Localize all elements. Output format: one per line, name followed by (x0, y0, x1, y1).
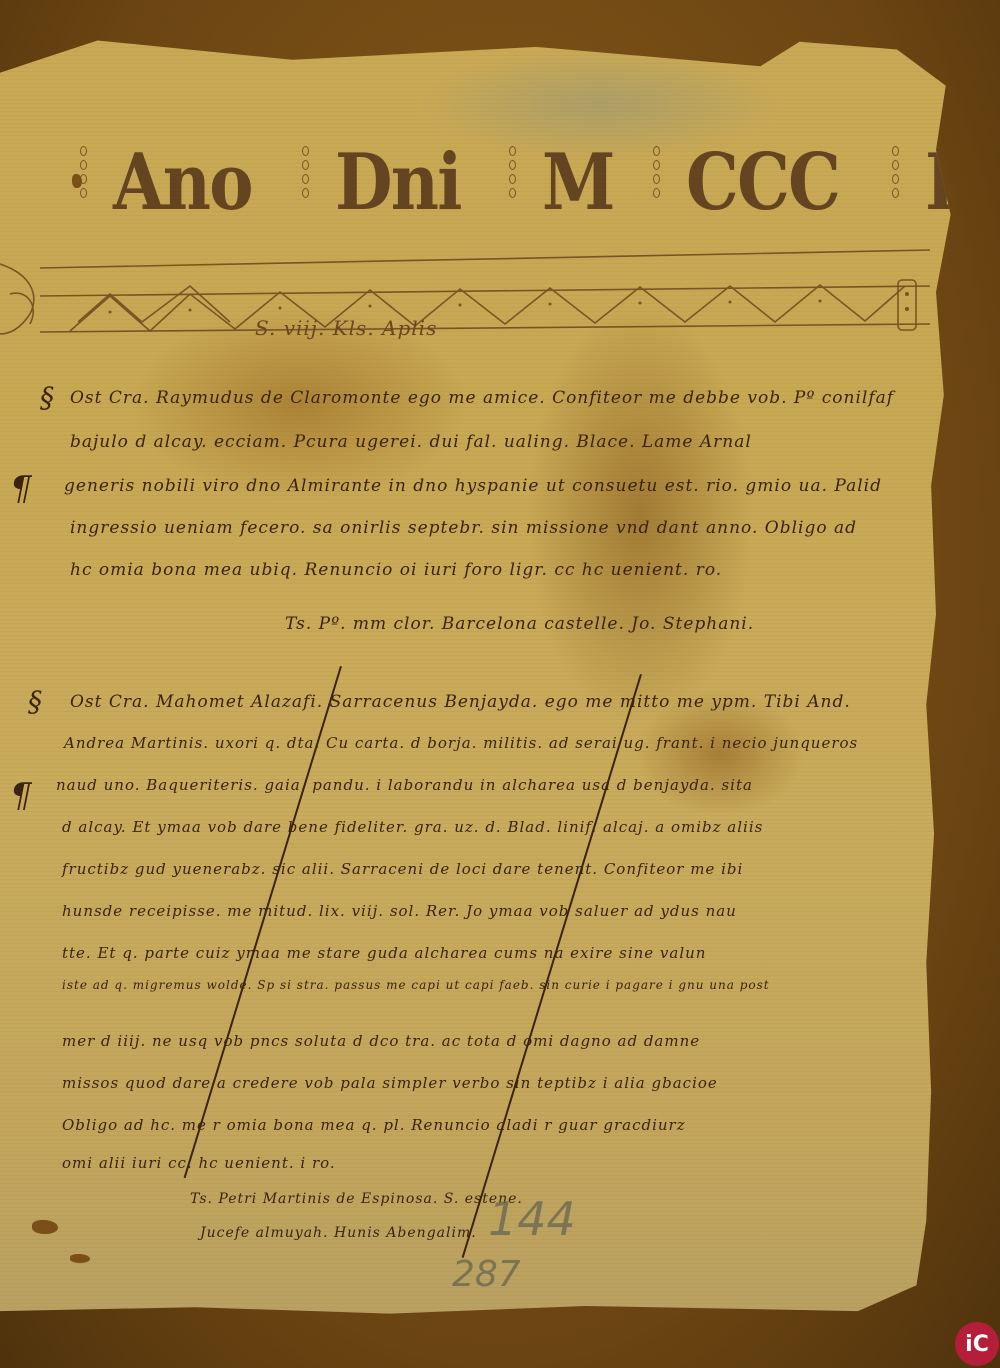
ornament-dots-icon (509, 146, 516, 198)
manuscript-page: Ano Dni M CCC Pmo S. viij. Kls. Apli (0, 34, 975, 1324)
entry-2-witness: Ts. Petri Martinis de Espinosa. S. esten… (190, 1192, 523, 1206)
entry-2-line: mer d iiij. ne usq vob pncs soluta d dco… (62, 1034, 700, 1049)
entry-1-witnesses: Ts. Pº. mm clor. Barcelona castelle. Jo.… (285, 616, 754, 633)
entry-2-line: fructibz gud yuenerabz. sic alii. Sarrac… (62, 862, 743, 877)
paragraph-mark-icon: § (40, 384, 55, 412)
entry-1-line: generis nobili viro dno Almirante in dno… (64, 478, 882, 495)
page-damage (72, 174, 82, 188)
cancellation-stroke (462, 674, 642, 1258)
ornament-dots-icon (80, 146, 87, 198)
entry-1-line: Ost Cra. Raymudus de Claromonte ego me a… (70, 390, 894, 407)
entry-2-line: tte. Et q. parte cuiz ymaa me stare guda… (62, 946, 706, 961)
decorative-zigzag-band-icon (0, 234, 930, 344)
paragraph-mark-icon: ¶ (10, 779, 33, 813)
page-damage (32, 1220, 58, 1234)
entry-2-line: omi alii iuri cc. hc uenient. i ro. (62, 1156, 336, 1171)
folio-number: 144 (488, 1192, 576, 1246)
entry-2-line: missos quod dare a credere vob pala simp… (62, 1076, 718, 1091)
entry-2-line: hunsde receipisse. me mitud. lix. viij. … (62, 904, 737, 919)
ornament-dots-icon (653, 146, 660, 198)
entry-2-line: naud uno. Baqueriteris. gaia. pandu. i l… (56, 778, 753, 793)
entry-1-line: ingressio ueniam fecero. sa onirlis sept… (70, 520, 857, 537)
ornament-dots-icon (302, 146, 309, 198)
entry-2-line: d alcay. Et ymaa vob dare bene fideliter… (62, 820, 763, 835)
entry-2-line: iste ad q. migremus wolde. Sp si stra. p… (62, 979, 770, 991)
header-word: M (542, 144, 614, 222)
entry-2-witness: Jucefe almuyah. Hunis Abengalim. (200, 1226, 477, 1240)
ornament-dots-icon (892, 146, 899, 198)
cancellation-stroke (184, 666, 342, 1178)
header-word: CCC (686, 144, 839, 222)
header-title: Ano Dni M CCC Pmo (80, 112, 900, 222)
site-logo-badge[interactable]: iC (955, 1322, 999, 1366)
entry-1-line: bajulo d alcay. ecciam. Pcura ugerei. du… (70, 434, 752, 451)
entry-2-line: Andrea Martinis. uxori q. dta. Cu carta.… (64, 736, 858, 751)
paragraph-mark-icon: § (28, 688, 43, 716)
header-word: Dni (335, 144, 461, 222)
page-damage (70, 1254, 90, 1263)
paragraph-mark-icon: ¶ (10, 472, 33, 506)
folio-number: 287 (452, 1254, 521, 1295)
header-word: Ano (113, 144, 252, 222)
entry-1-line: hc omia bona mea ubiq. Renuncio oi iuri … (70, 562, 722, 579)
entry-2-line: Ost Cra. Mahomet Alazafi. Sarracenus Ben… (70, 694, 851, 711)
entry-2-line: Obligo ad hc. me r omia bona mea q. pl. … (62, 1118, 686, 1133)
subheading: S. viij. Kls. Aplis (255, 318, 437, 338)
